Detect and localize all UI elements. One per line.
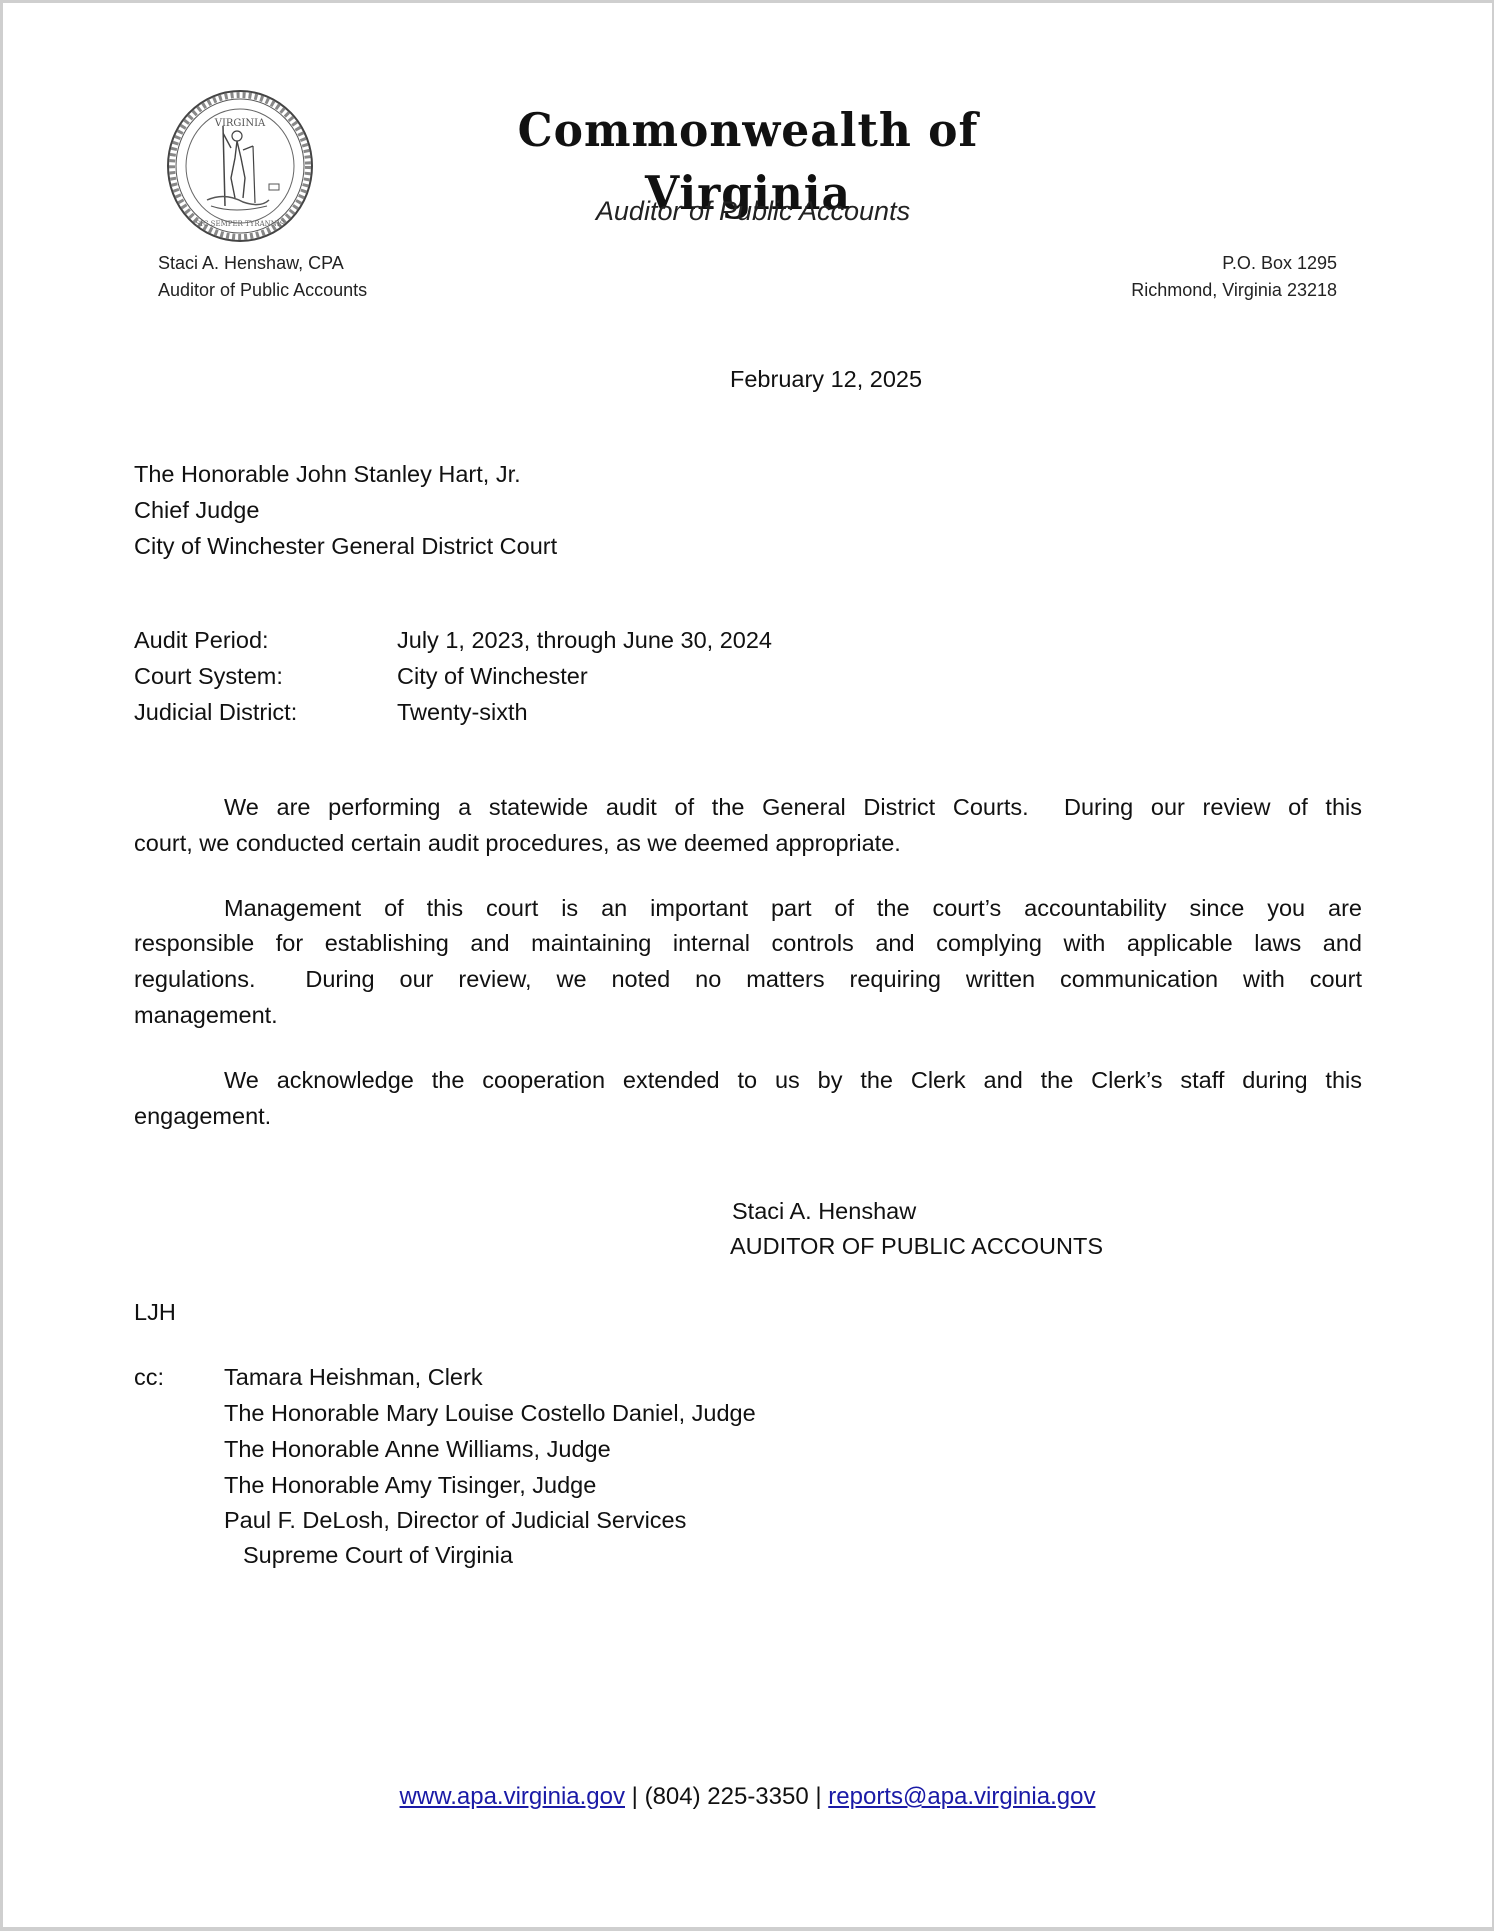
paragraph-3-line: engagement. [134,1101,1362,1131]
auditor-office: Auditor of Public Accounts [158,277,367,304]
signature-title: AUDITOR OF PUBLIC ACCOUNTS [730,1231,1103,1261]
cc-recipient: The Honorable Amy Tisinger, Judge [224,1470,596,1500]
footer-contact: www.apa.virginia.gov | (804) 225-3350 | … [3,1781,1492,1813]
paragraph-1-line: court, we conducted certain audit proced… [134,828,1362,858]
cc-recipient: Tamara Heishman, Clerk [224,1362,483,1392]
paragraph-2-line: Management of this court is an important… [224,893,1362,923]
paragraph-2-line: responsible for establishing and maintai… [134,928,1362,958]
audit-period-label: Audit Period: [134,625,269,655]
letterhead-auditor: Staci A. Henshaw, CPA Auditor of Public … [158,250,367,304]
addressee-line: Chief Judge [134,495,259,525]
judicial-district-label: Judicial District: [134,697,297,727]
svg-text:VIRGINIA: VIRGINIA [214,118,266,129]
court-system-label: Court System: [134,661,283,691]
paragraph-2-line: management. [134,1000,1362,1030]
addressee-line: City of Winchester General District Cour… [134,531,557,561]
letterhead-address: P.O. Box 1295 Richmond, Virginia 23218 [1131,250,1337,304]
typist-initials: LJH [134,1297,176,1327]
judicial-district-value: Twenty-sixth [397,697,528,727]
signature-name: Staci A. Henshaw [732,1196,916,1226]
auditor-name: Staci A. Henshaw, CPA [158,250,367,277]
svg-text:SIC SEMPER TYRANNIS: SIC SEMPER TYRANNIS [196,220,285,228]
paragraph-2-line: regulations. During our review, we noted… [134,964,1362,994]
addressee-line: The Honorable John Stanley Hart, Jr. [134,459,521,489]
cc-recipient: The Honorable Anne Williams, Judge [224,1434,611,1464]
city-state-zip: Richmond, Virginia 23218 [1131,277,1337,304]
website-link[interactable]: www.apa.virginia.gov [400,1783,625,1810]
footer-separator: | [815,1783,821,1810]
cc-recipient: The Honorable Mary Louise Costello Danie… [224,1398,756,1428]
letter-date: February 12, 2025 [730,364,922,394]
virginia-seal-icon: VIRGINIA SIC SEMPER TYRANNIS [165,88,315,244]
audit-period-value: July 1, 2023, through June 30, 2024 [397,625,772,655]
letterhead-subtitle: Auditor of Public Accounts [443,193,1063,229]
court-system-value: City of Winchester [397,661,588,691]
cc-recipient: Supreme Court of Virginia [243,1540,513,1570]
footer-separator: | [632,1783,638,1810]
email-link[interactable]: reports@apa.virginia.gov [828,1783,1095,1810]
paragraph-1-line: We are performing a statewide audit of t… [224,792,1362,822]
paragraph-3-line: We acknowledge the cooperation extended … [224,1065,1362,1095]
letter-page: VIRGINIA SIC SEMPER TYRANNIS Commonwealt… [3,3,1492,1927]
po-box: P.O. Box 1295 [1131,250,1337,277]
footer-phone: (804) 225-3350 [645,1783,809,1810]
cc-label: cc: [134,1362,164,1392]
cc-recipient: Paul F. DeLosh, Director of Judicial Ser… [224,1505,686,1535]
